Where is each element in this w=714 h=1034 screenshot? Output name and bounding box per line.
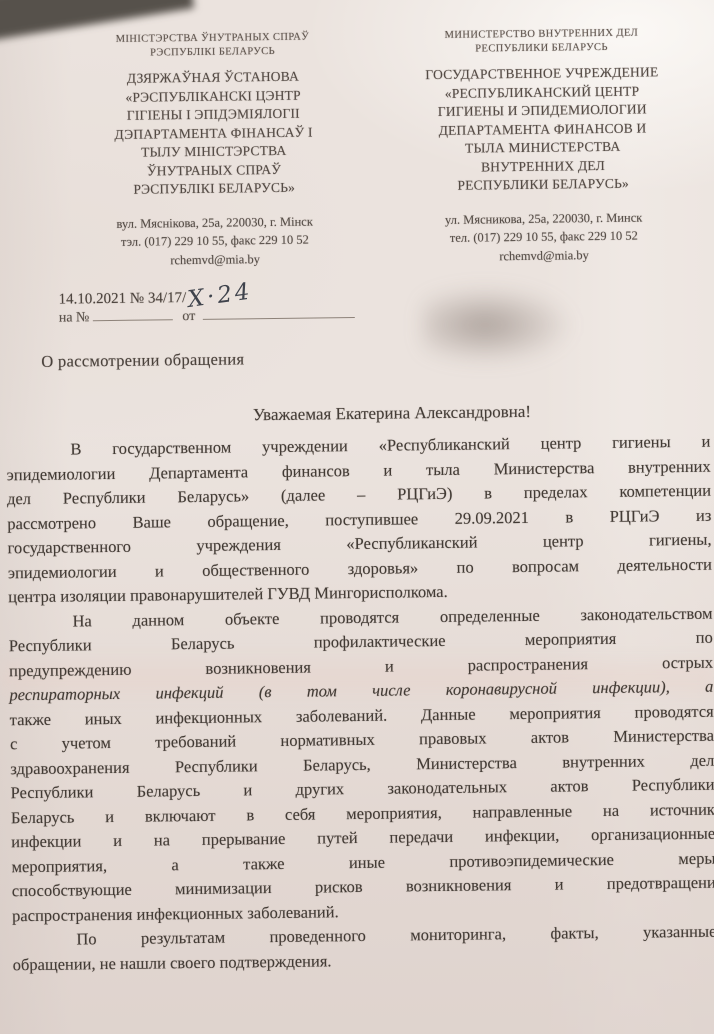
letterhead-line: ГОСУДАРСТВЕННОЕ УЧРЕЖДЕНИЕ xyxy=(386,63,698,85)
paragraph: В государственном учреждении «Республика… xyxy=(6,430,712,610)
letterhead-line: РЭСПУБЛІКІ БЕЛАРУСЬ» xyxy=(53,178,375,200)
address-block-ru: ул. Мясникова, 25а, 220030, г. Минсктел.… xyxy=(388,207,701,266)
paragraph: На данном объекте проводятся определенны… xyxy=(8,601,714,928)
letterhead: МІНІСТЭРСТВА ЎНУТРАНЫХ СПРАЎРЭСПУБЛІКІ Б… xyxy=(0,0,712,271)
letterhead-line: РЕСПУБЛИКИ БЕЛАРУСЬ xyxy=(385,40,697,58)
letterhead-belarusian: МІНІСТЭРСТВА ЎНУТРАНЫХ СПРАЎРЭСПУБЛІКІ Б… xyxy=(51,30,376,271)
ministry-name-by: МІНІСТЭРСТВА ЎНУТРАНЫХ СПРАЎРЭСПУБЛІКІ Б… xyxy=(51,30,373,62)
letter-content: МІНІСТЭРСТВА ЎНУТРАНЫХ СПРАЎРЭСПУБЛІКІ Б… xyxy=(0,0,714,1034)
address-block-by: вул. Мяснікова, 25а, 220030, г. Мінсктэл… xyxy=(54,211,377,270)
letterhead-line: rchemvd@mia.by xyxy=(54,248,376,270)
paragraph: По результатам проведенного мониторинга,… xyxy=(12,920,714,978)
letter-body: В государственном учреждении «Республика… xyxy=(6,430,714,978)
institution-name-by: ДЗЯРЖАЎНАЯ ЎСТАНОВА«РЭСПУБЛІКАНСКІ ЦЭНТР… xyxy=(52,67,376,200)
salutation: Уважаемая Екатерина Александровна! xyxy=(70,400,714,428)
letterhead-line: РЕСПУБЛИКИ БЕЛАРУСЬ» xyxy=(387,174,699,196)
incoming-number-blank xyxy=(93,307,173,321)
letterhead-russian: МИНИСТЕРСТВО ВНУТРЕННИХ ДЕЛРЕСПУБЛИКИ БЕ… xyxy=(385,26,700,267)
institution-name-ru: ГОСУДАРСТВЕННОЕ УЧРЕЖДЕНИЕ«РЕСПУБЛИКАНСК… xyxy=(386,63,700,196)
letterhead-line: rchemvd@mia.by xyxy=(388,244,700,266)
letterhead-line: РЭСПУБЛІКІ БЕЛАРУСЬ xyxy=(52,44,374,62)
scanned-letter-photo: МІНІСТЭРСТВА ЎНУТРАНЫХ СПРАЎРЭСПУБЛІКІ Б… xyxy=(0,0,714,1034)
outgoing-date-number: 14.10.2021 № 34/17/ xyxy=(58,290,186,308)
ministry-name-ru: МИНИСТЕРСТВО ВНУТРЕННИХ ДЕЛРЕСПУБЛИКИ БЕ… xyxy=(385,26,697,58)
subject-line: О рассмотрении обращения xyxy=(41,344,713,372)
incoming-number-label: на № xyxy=(59,310,90,325)
reference-block: 14.10.2021 № 34/17/Х·24 на № от xyxy=(58,276,712,327)
